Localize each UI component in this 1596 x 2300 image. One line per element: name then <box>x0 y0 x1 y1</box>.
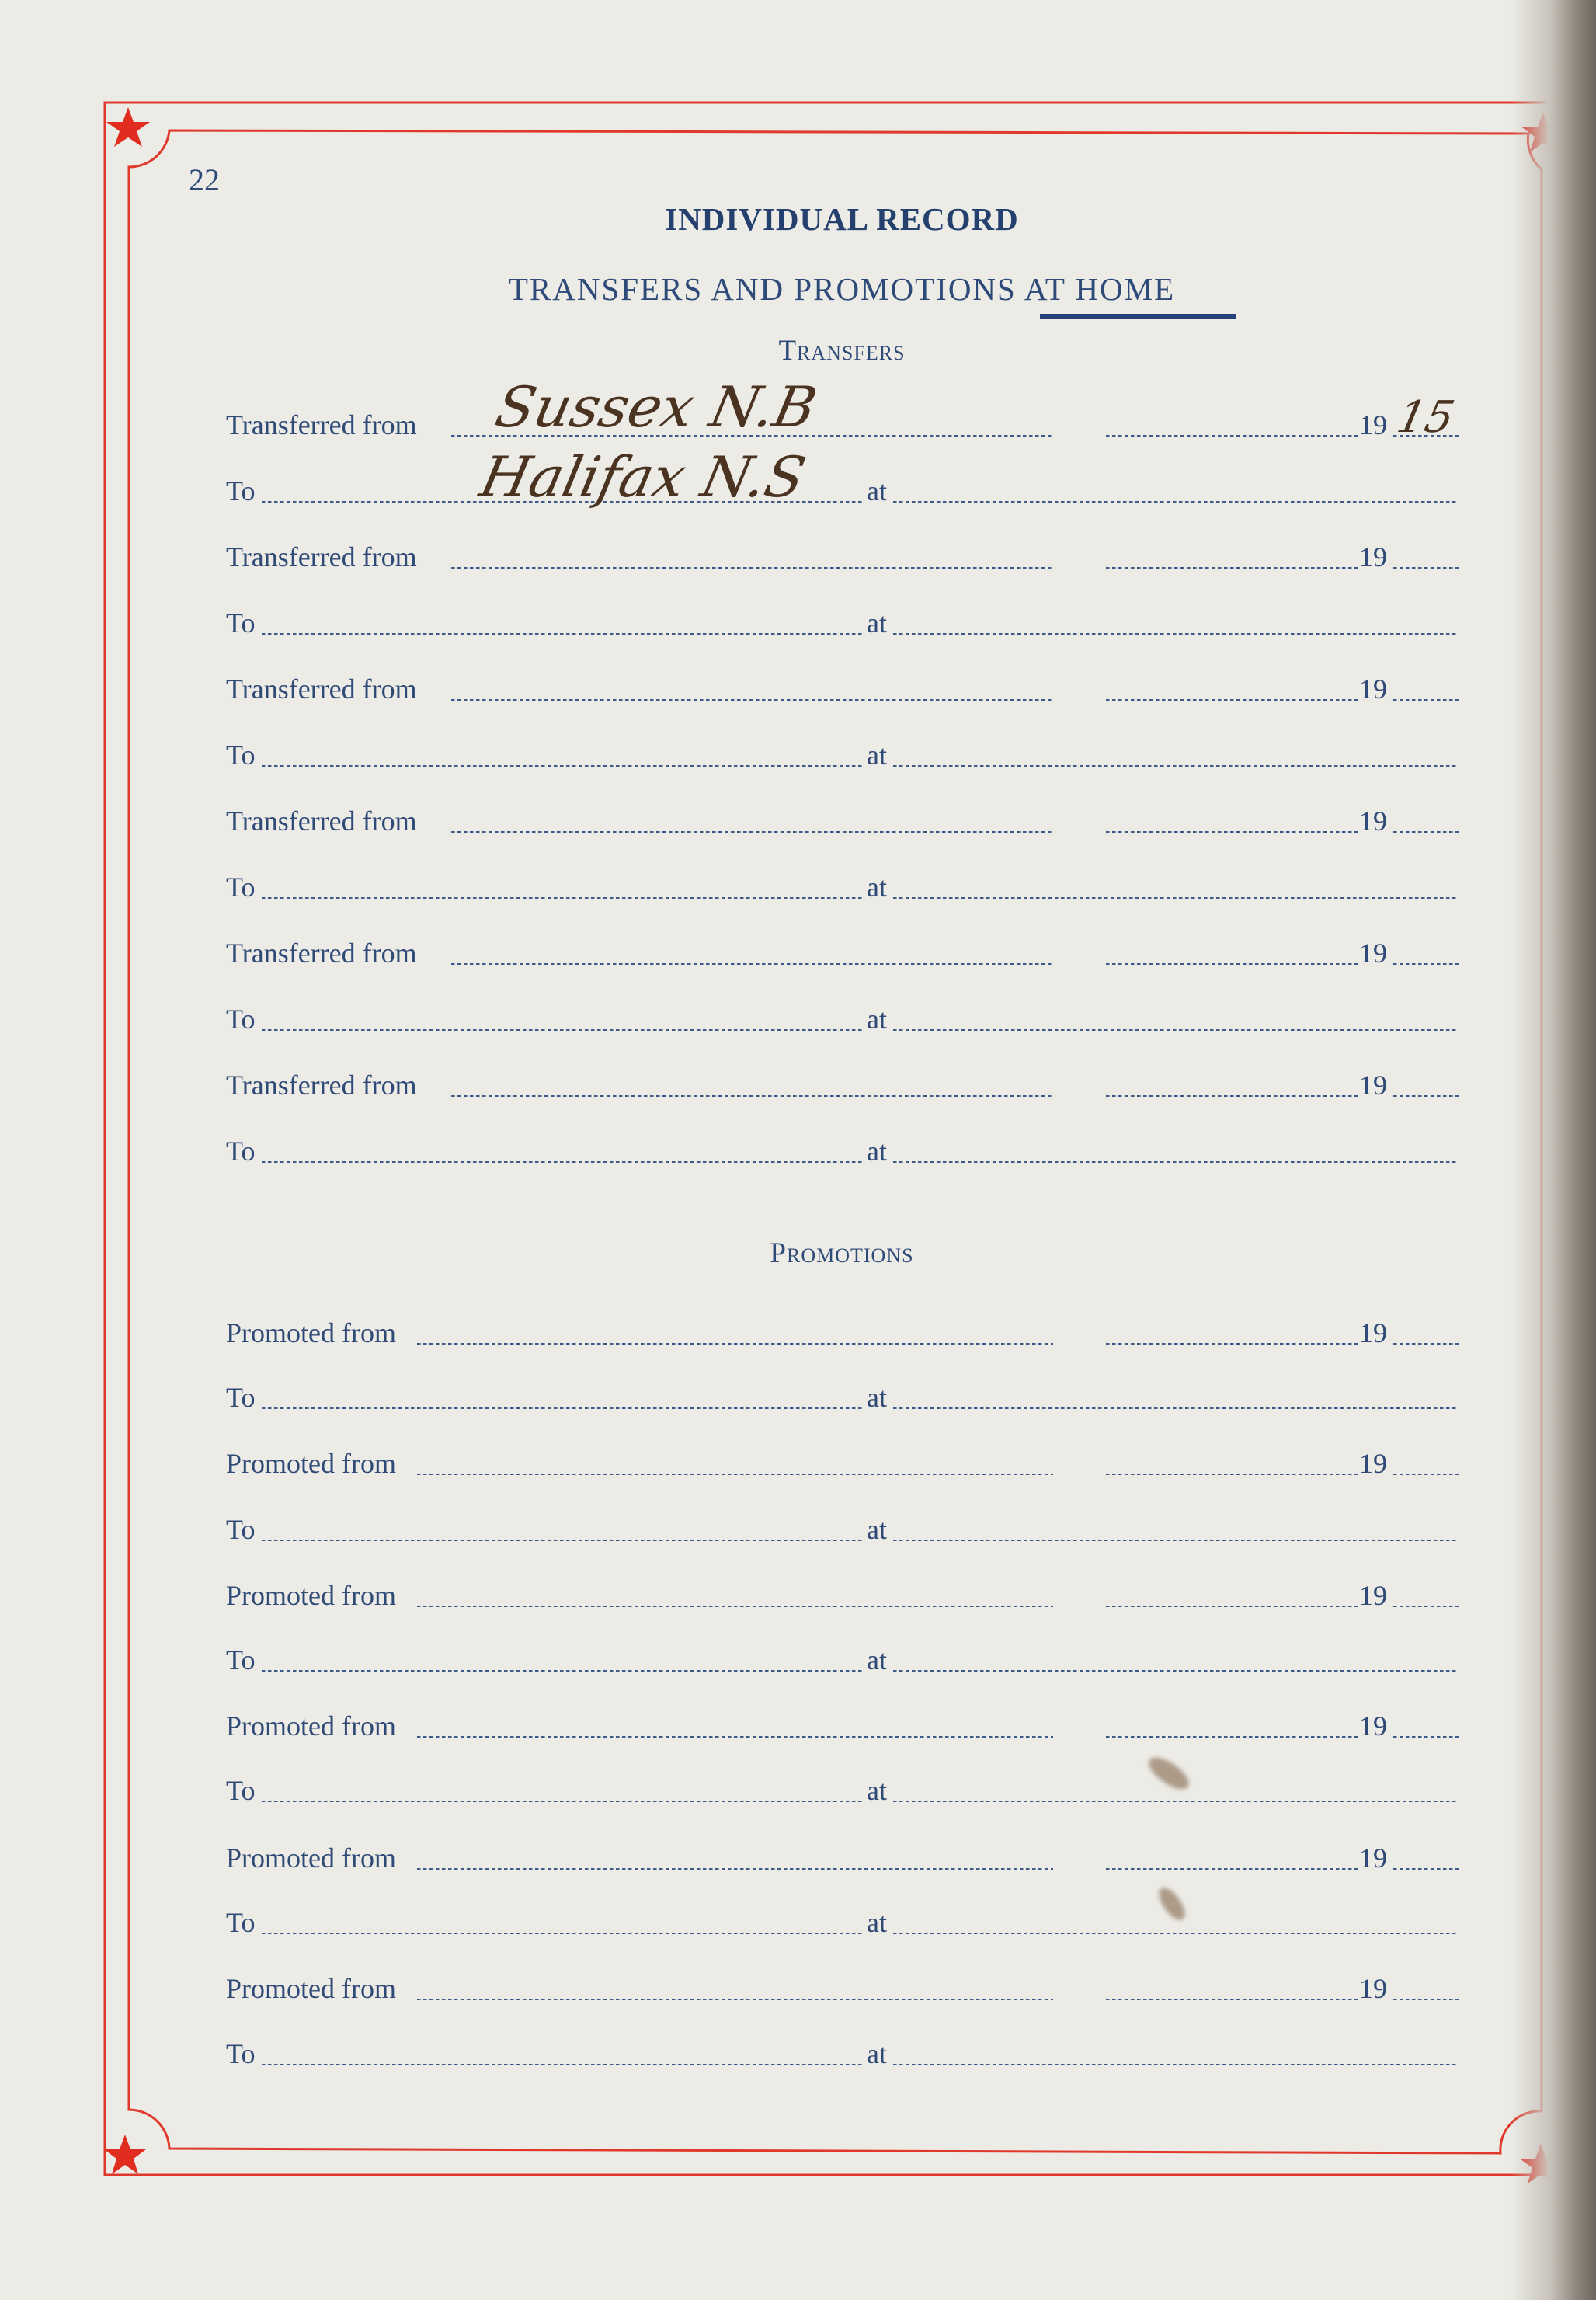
promotions-date-field[interactable] <box>1106 1868 1358 1870</box>
transfers-year-prefix: 19 <box>1359 541 1387 573</box>
transfers-from-field[interactable] <box>451 699 1053 701</box>
transfers-from-field[interactable] <box>451 1095 1053 1097</box>
promotions-from-field[interactable] <box>417 1736 1053 1738</box>
handwritten-from: Sussex N.B <box>490 374 822 440</box>
handwritten-year: 15 <box>1393 392 1459 443</box>
promotions-from-field[interactable] <box>417 1474 1053 1475</box>
promotions-at-label: at <box>867 1513 887 1546</box>
transfers-to-field[interactable] <box>262 765 864 767</box>
transfers-at-field[interactable] <box>893 633 1459 635</box>
promotions-to-field[interactable] <box>262 1933 864 1934</box>
promotions-to-label: To <box>226 1906 255 1939</box>
transfers-year-prefix: 19 <box>1359 805 1387 837</box>
page-title: INDIVIDUAL RECORD <box>0 200 1596 238</box>
promotions-year-field[interactable] <box>1393 1606 1459 1607</box>
page-number: 22 <box>189 162 220 198</box>
promotions-year-prefix: 19 <box>1359 1317 1387 1349</box>
transfers-from-label: Transferred from <box>226 673 417 705</box>
promotions-year-field[interactable] <box>1393 1999 1459 2000</box>
promotions-from-field[interactable] <box>417 1343 1053 1345</box>
promotions-date-field[interactable] <box>1106 1999 1358 2000</box>
transfers-to-label: To <box>226 871 255 903</box>
promotions-at-field[interactable] <box>893 1407 1459 1409</box>
promotions-to-field[interactable] <box>262 1540 864 1541</box>
promotions-from-field[interactable] <box>417 1606 1053 1607</box>
promotions-year-prefix: 19 <box>1359 1842 1387 1874</box>
transfers-to-label: To <box>226 475 255 507</box>
transfers-from-label: Transferred from <box>226 409 417 441</box>
transfers-date-field[interactable] <box>1106 435 1358 437</box>
promotions-at-label: at <box>867 2037 887 2070</box>
transfers-date-field[interactable] <box>1106 699 1358 701</box>
promotions-to-label: To <box>226 1381 255 1414</box>
promotions-year-prefix: 19 <box>1359 1579 1387 1612</box>
promotions-from-field[interactable] <box>417 1868 1053 1870</box>
promotions-to-field[interactable] <box>262 1670 864 1672</box>
handwritten-to: Halifax N.S <box>475 444 811 510</box>
transfers-at-field[interactable] <box>893 765 1459 767</box>
transfers-at-label: at <box>867 871 887 903</box>
transfers-to-field[interactable] <box>262 633 864 635</box>
transfers-date-field[interactable] <box>1106 567 1358 569</box>
promotions-at-field[interactable] <box>893 1933 1459 1934</box>
transfers-year-field[interactable] <box>1393 567 1459 569</box>
promotions-year-prefix: 19 <box>1359 1447 1387 1480</box>
transfers-heading: Transfers <box>0 334 1596 367</box>
promotions-date-field[interactable] <box>1106 1736 1358 1738</box>
transfers-from-label: Transferred from <box>226 1069 417 1101</box>
transfers-year-prefix: 19 <box>1359 1069 1387 1101</box>
promotions-date-field[interactable] <box>1106 1606 1358 1607</box>
transfers-at-field[interactable] <box>893 897 1459 899</box>
promotions-to-label: To <box>226 1644 255 1676</box>
transfers-year-field[interactable] <box>1393 699 1459 701</box>
transfers-to-label: To <box>226 1135 255 1167</box>
promotions-heading: Promotions <box>0 1237 1596 1270</box>
transfers-at-label: at <box>867 1135 887 1167</box>
promotions-year-field[interactable] <box>1393 1343 1459 1345</box>
page-subtitle: TRANSFERS AND PROMOTIONS AT HOME <box>0 270 1596 308</box>
promotions-at-label: at <box>867 1774 887 1807</box>
transfers-at-field[interactable] <box>893 1161 1459 1163</box>
transfers-date-field[interactable] <box>1106 831 1358 833</box>
promotions-date-field[interactable] <box>1106 1343 1358 1345</box>
promotions-from-label: Promoted from <box>226 1710 396 1742</box>
promotions-from-field[interactable] <box>417 1999 1053 2000</box>
transfers-year-field[interactable] <box>1393 831 1459 833</box>
transfers-year-prefix: 19 <box>1359 937 1387 969</box>
promotions-to-label: To <box>226 2037 255 2070</box>
transfers-from-field[interactable] <box>451 567 1053 569</box>
transfers-year-field[interactable] <box>1393 1095 1459 1097</box>
transfers-from-field[interactable] <box>451 963 1053 965</box>
promotions-year-field[interactable] <box>1393 1736 1459 1738</box>
transfers-at-label: at <box>867 1003 887 1035</box>
transfers-at-field[interactable] <box>893 501 1459 503</box>
transfers-from-label: Transferred from <box>226 805 417 837</box>
promotions-year-prefix: 19 <box>1359 1710 1387 1742</box>
transfers-at-label: at <box>867 607 887 639</box>
promotions-at-field[interactable] <box>893 2064 1459 2065</box>
promotions-at-field[interactable] <box>893 1670 1459 1672</box>
promotions-year-field[interactable] <box>1393 1868 1459 1870</box>
promotions-to-field[interactable] <box>262 1801 864 1802</box>
transfers-date-field[interactable] <box>1106 963 1358 965</box>
transfers-to-field[interactable] <box>262 897 864 899</box>
promotions-from-label: Promoted from <box>226 1447 396 1480</box>
transfers-to-label: To <box>226 607 255 639</box>
promotions-at-label: at <box>867 1644 887 1676</box>
transfers-from-label: Transferred from <box>226 937 417 969</box>
promotions-at-label: at <box>867 1381 887 1414</box>
transfers-year-field[interactable] <box>1393 963 1459 965</box>
promotions-to-field[interactable] <box>262 1407 864 1409</box>
promotions-year-prefix: 19 <box>1359 1972 1387 2005</box>
transfers-year-prefix: 19 <box>1359 409 1387 441</box>
transfers-from-label: Transferred from <box>226 541 417 573</box>
promotions-at-label: at <box>867 1906 887 1939</box>
promotions-from-label: Promoted from <box>226 1972 396 2005</box>
promotions-date-field[interactable] <box>1106 1474 1358 1475</box>
promotions-at-field[interactable] <box>893 1540 1459 1541</box>
promotions-from-label: Promoted from <box>226 1842 396 1874</box>
transfers-to-field[interactable] <box>262 1029 864 1031</box>
transfers-year-prefix: 19 <box>1359 673 1387 705</box>
transfers-at-label: at <box>867 475 887 507</box>
subtitle-underline <box>1040 314 1236 319</box>
subtitle-emphasis: AT HOME <box>1024 271 1175 307</box>
promotions-to-label: To <box>226 1513 255 1546</box>
promotions-to-field[interactable] <box>262 2064 864 2065</box>
transfers-at-label: at <box>867 739 887 771</box>
promotions-to-label: To <box>226 1774 255 1807</box>
promotions-at-field[interactable] <box>893 1801 1459 1802</box>
promotions-year-field[interactable] <box>1393 1474 1459 1475</box>
transfers-to-field[interactable] <box>262 1161 864 1163</box>
transfers-from-field[interactable] <box>451 831 1053 833</box>
transfers-to-label: To <box>226 1003 255 1035</box>
transfers-at-field[interactable] <box>893 1029 1459 1031</box>
transfers-date-field[interactable] <box>1106 1095 1358 1097</box>
promotions-from-label: Promoted from <box>226 1317 396 1349</box>
promotions-from-label: Promoted from <box>226 1579 396 1612</box>
transfers-to-label: To <box>226 739 255 771</box>
